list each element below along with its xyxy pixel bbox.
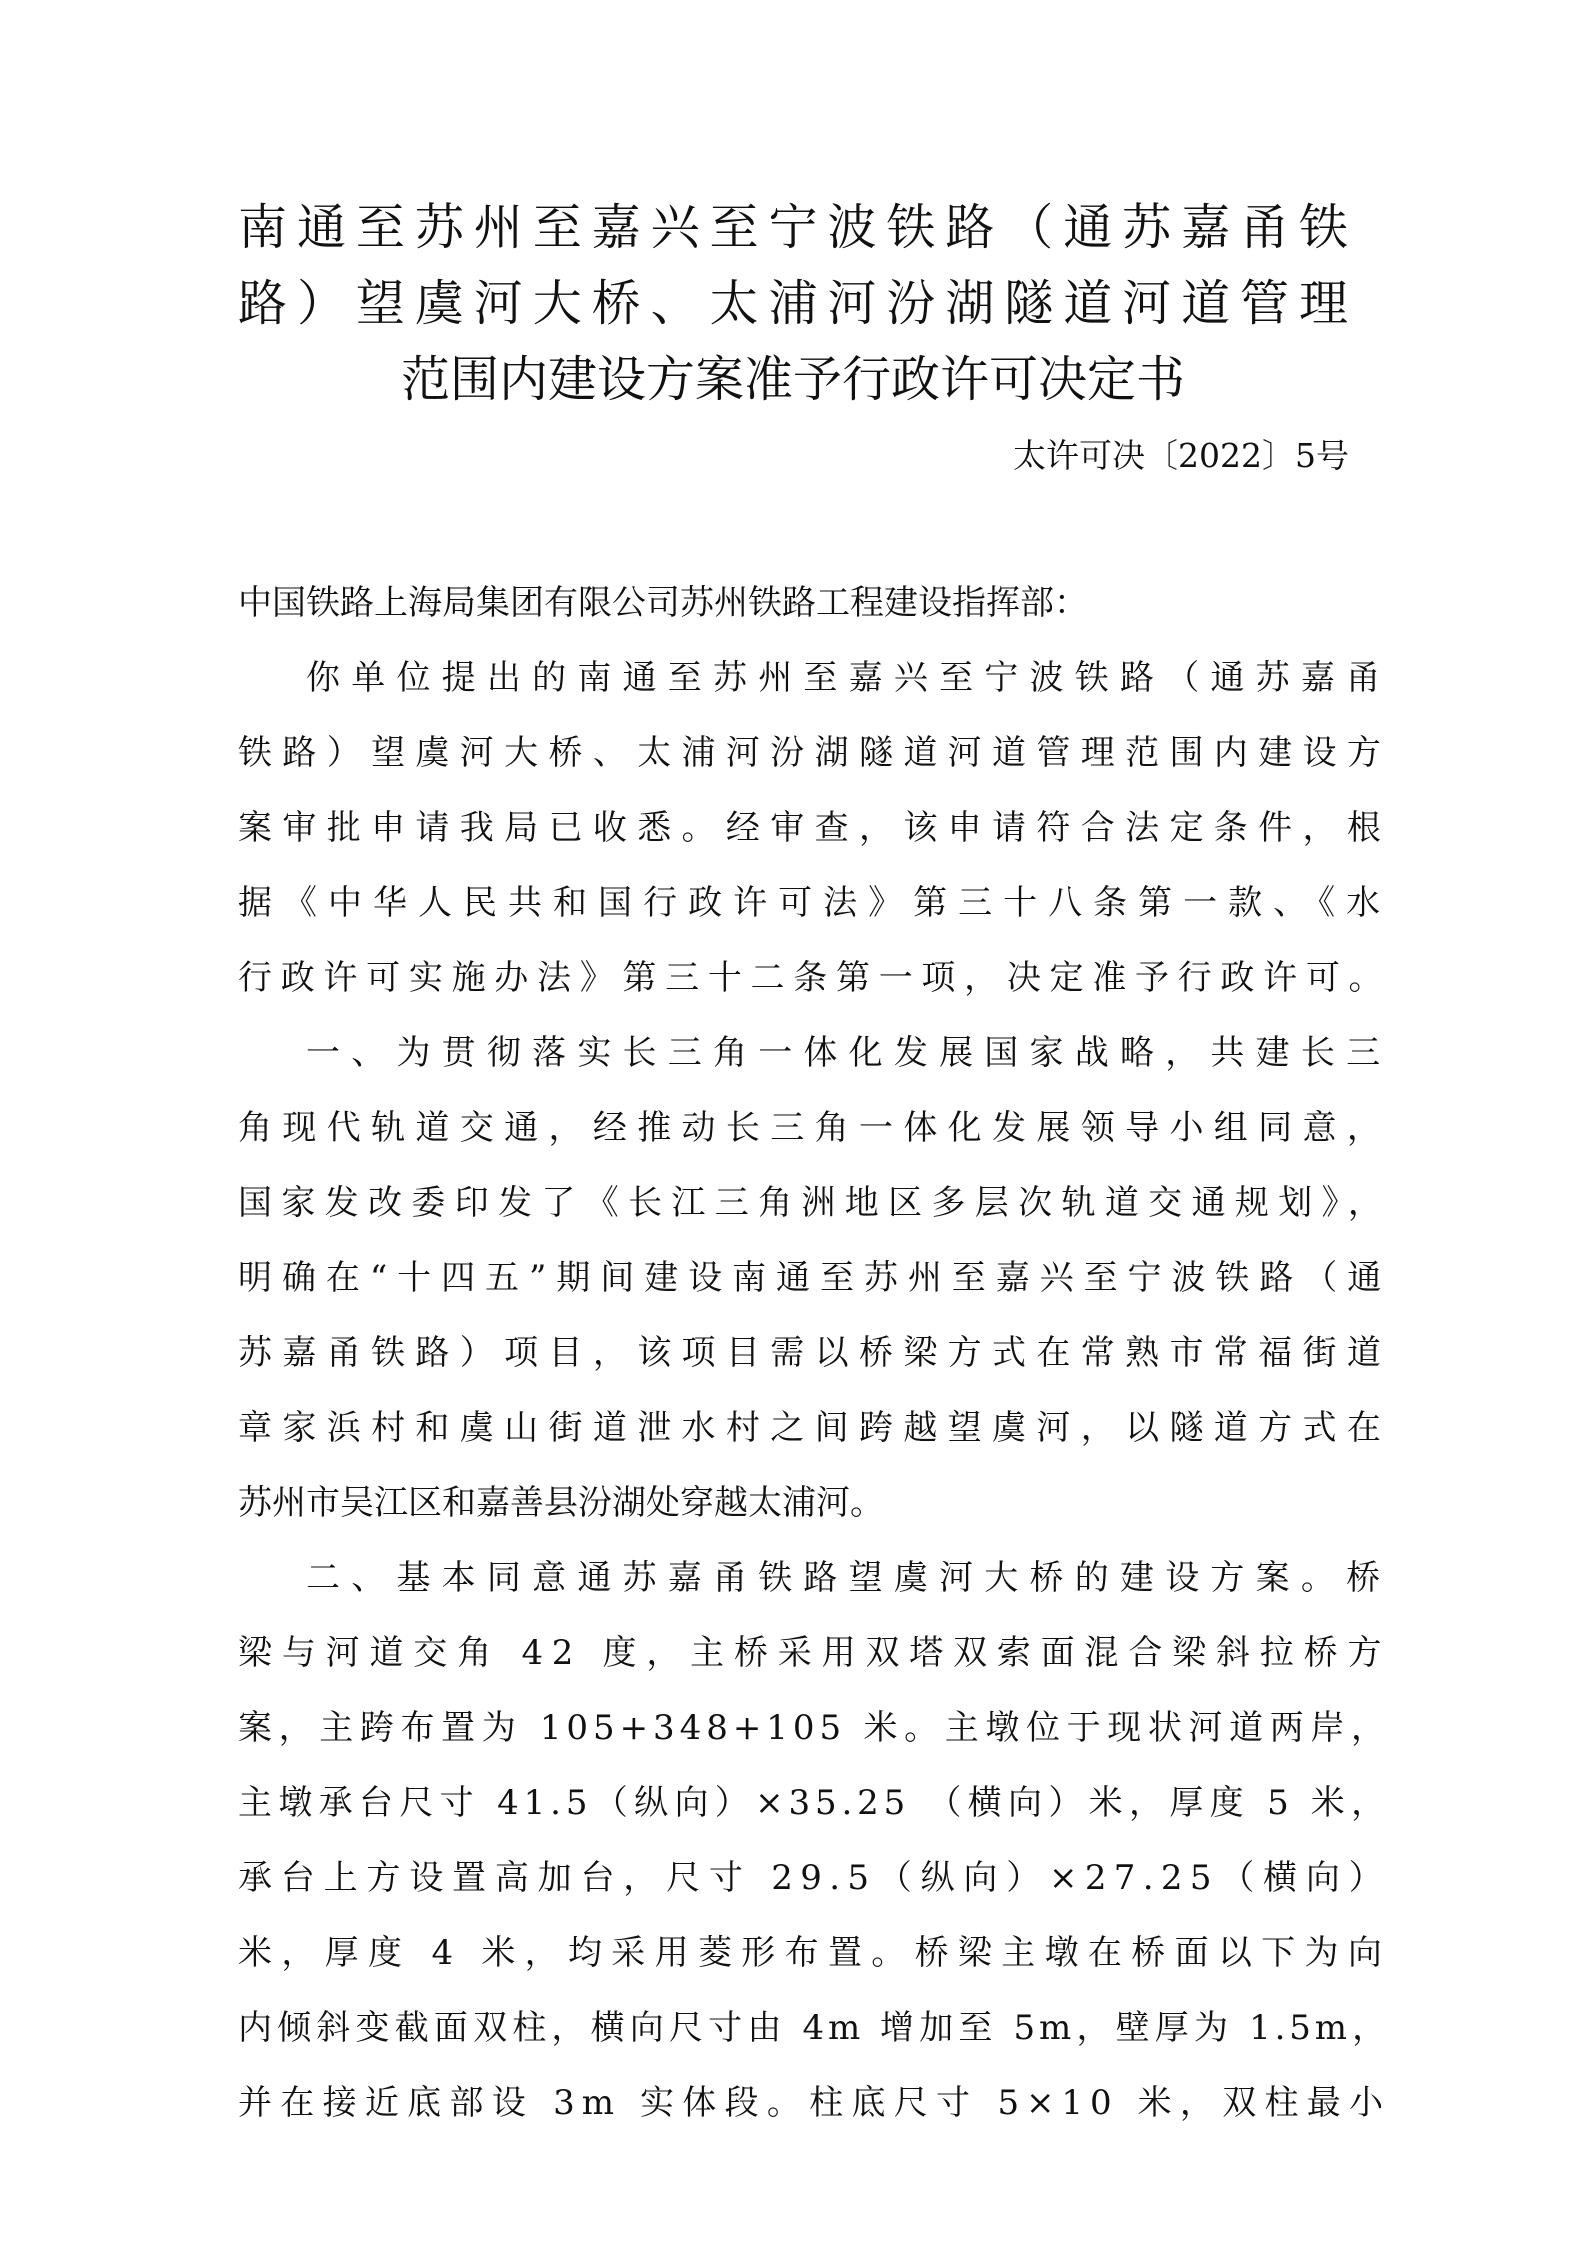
paragraph-2-line-6: 章家浜村和虞山街道泄水村之间跨越望虞河，以隧道方式在 bbox=[238, 1403, 1390, 1453]
paragraph-3-line-4: 主墩承台尺寸 41.5（纵向）×35.25 （横向）米，厚度 5 米， bbox=[238, 1778, 1390, 1828]
addressee: 中国铁路上海局集团有限公司苏州铁路工程建设指挥部： bbox=[238, 578, 1350, 628]
paragraph-3-line-8: 并在接近底部设 3m 实体段。柱底尺寸 5×10 米，双柱最小 bbox=[238, 2078, 1390, 2128]
paragraph-1-line-1: 你单位提出的南通至苏州至嘉兴至宁波铁路（通苏嘉甬 bbox=[306, 653, 1390, 703]
paragraph-3-line-1: 二、基本同意通苏嘉甬铁路望虞河大桥的建设方案。桥 bbox=[306, 1553, 1390, 1603]
document-number: 太许可决〔2022〕5号 bbox=[1013, 432, 1349, 480]
paragraph-3-line-7: 内倾斜变截面双柱，横向尺寸由 4m 增加至 5m，壁厚为 1.5m， bbox=[238, 2003, 1390, 2053]
document-page: 南通至苏州至嘉兴至宁波铁路（通苏嘉甬铁 路）望虞河大桥、太浦河汾湖隧道河道管理 … bbox=[0, 0, 1587, 2245]
paragraph-2-line-2: 角现代轨道交通，经推动长三角一体化发展领导小组同意， bbox=[238, 1103, 1390, 1153]
title-line-2: 路）望虞河大桥、太浦河汾湖隧道河道管理 bbox=[238, 266, 1348, 342]
paragraph-1-line-3: 案审批申请我局已收悉。经审查，该申请符合法定条件，根 bbox=[238, 803, 1390, 853]
title-line-3: 范围内建设方案准予行政许可决定书 bbox=[238, 342, 1348, 418]
title-line-1: 南通至苏州至嘉兴至宁波铁路（通苏嘉甬铁 bbox=[238, 190, 1348, 266]
paragraph-1-line-2: 铁路）望虞河大桥、太浦河汾湖隧道河道管理范围内建设方 bbox=[238, 728, 1390, 778]
paragraph-1-line-4: 据《中华人民共和国行政许可法》第三十八条第一款、《水 bbox=[238, 878, 1390, 928]
paragraph-2-line-4: 明确在“十四五”期间建设南通至苏州至嘉兴至宁波铁路（通 bbox=[238, 1253, 1390, 1303]
document-title: 南通至苏州至嘉兴至宁波铁路（通苏嘉甬铁 路）望虞河大桥、太浦河汾湖隧道河道管理 … bbox=[238, 190, 1348, 418]
paragraph-3-line-3: 案，主跨布置为 105+348+105 米。主墩位于现状河道两岸， bbox=[238, 1703, 1390, 1753]
paragraph-1-line-5: 行政许可实施办法》第三十二条第一项，决定准予行政许可。 bbox=[238, 953, 1390, 1003]
paragraph-2-line-1: 一、为贯彻落实长三角一体化发展国家战略，共建长三 bbox=[306, 1028, 1390, 1078]
paragraph-2-line-3: 国家发改委印发了《长江三角洲地区多层次轨道交通规划》， bbox=[238, 1178, 1390, 1228]
paragraph-3-line-2: 梁与河道交角 42 度，主桥采用双塔双索面混合梁斜拉桥方 bbox=[238, 1628, 1390, 1678]
paragraph-3-line-6: 米，厚度 4 米，均采用菱形布置。桥梁主墩在桥面以下为向 bbox=[238, 1928, 1390, 1978]
paragraph-2-line-7: 苏州市吴江区和嘉善县汾湖处穿越太浦河。 bbox=[238, 1478, 1350, 1528]
paragraph-3-line-5: 承台上方设置高加台，尺寸 29.5（纵向）×27.25（横向） bbox=[238, 1853, 1390, 1903]
paragraph-2-line-5: 苏嘉甬铁路）项目，该项目需以桥梁方式在常熟市常福街道 bbox=[238, 1328, 1390, 1378]
